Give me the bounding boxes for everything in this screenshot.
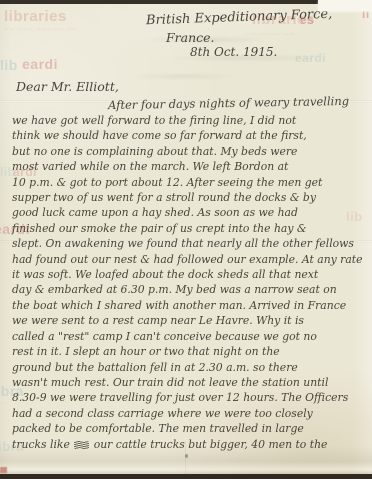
letter-body: we have got well forward to the firing l…: [12, 113, 368, 452]
handwritten-line: most varied while on the march. We left …: [12, 159, 368, 174]
scan-corner-light: [318, 0, 372, 11]
handwritten-line: 8.30-9 we were travelling for just over …: [12, 390, 368, 405]
handwritten-line: we were sent to a rest camp near Le Havr…: [12, 313, 368, 328]
handwritten-line: but no one is complaining about that. My…: [12, 144, 368, 159]
red-edge-mark: [0, 467, 7, 473]
handwritten-line: wasn't much rest. Our train did not leav…: [12, 375, 368, 390]
handwritten-line: 10 p.m. & got to port about 12. After se…: [12, 175, 368, 190]
scan-border-bottom: [0, 474, 372, 479]
paper-bottom-shading: [0, 446, 372, 474]
handwritten-line: day & embarked at 6.30 p.m. My bed was a…: [12, 282, 368, 297]
handwritten-line: had found out our nest & had followed ou…: [12, 252, 368, 267]
scan-border-top: [0, 0, 372, 4]
handwritten-line: ground but the battalion fell in at 2.30…: [12, 360, 368, 375]
handwritten-line: slept. On awakening we found that nearly…: [12, 236, 368, 251]
watermark-text: libraries: [4, 9, 67, 24]
watermark-text: lib: [0, 58, 18, 72]
handwritten-line: rest in it. I slept an hour or two that …: [12, 344, 368, 359]
letterhead-unit: British Expeditionary Force,: [146, 7, 333, 28]
letterhead-place: France.: [166, 30, 215, 45]
letterhead-date: 8th Oct. 1915.: [190, 45, 277, 59]
handwritten-line: we have got well forward to the firing l…: [12, 113, 368, 128]
handwritten-line: had a second class carriage where we wer…: [12, 406, 368, 421]
handwritten-line: it was soft. We loafed about the dock sh…: [12, 267, 368, 282]
salutation: Dear Mr. Elliott,: [16, 79, 119, 94]
handwritten-line: packed to be comfortable. The men travel…: [12, 421, 368, 436]
handwritten-line: think we should have come so far forward…: [12, 128, 368, 143]
opening-line: After four days nights of weary travelli…: [108, 94, 349, 112]
handwritten-line: good luck came upon a hay shed. As soon …: [12, 205, 368, 220]
watermark-text: eardi: [22, 57, 58, 71]
watermark-text: —— ——— ————— ——: [4, 27, 78, 31]
letter-scan: libraries—— ——— ————— ——librariesesli—— …: [0, 0, 372, 479]
handwritten-line: supper two of us went for a stroll round…: [12, 190, 368, 205]
watermark-text: —— ———— ——: [246, 32, 295, 36]
handwritten-line: called a "rest" camp I can't conceive be…: [12, 329, 368, 344]
handwritten-line: finished our smoke the pair of us crept …: [12, 221, 368, 236]
handwritten-line: the boat which I shared with another man…: [12, 298, 368, 313]
watermark-text: eardi: [295, 52, 326, 64]
